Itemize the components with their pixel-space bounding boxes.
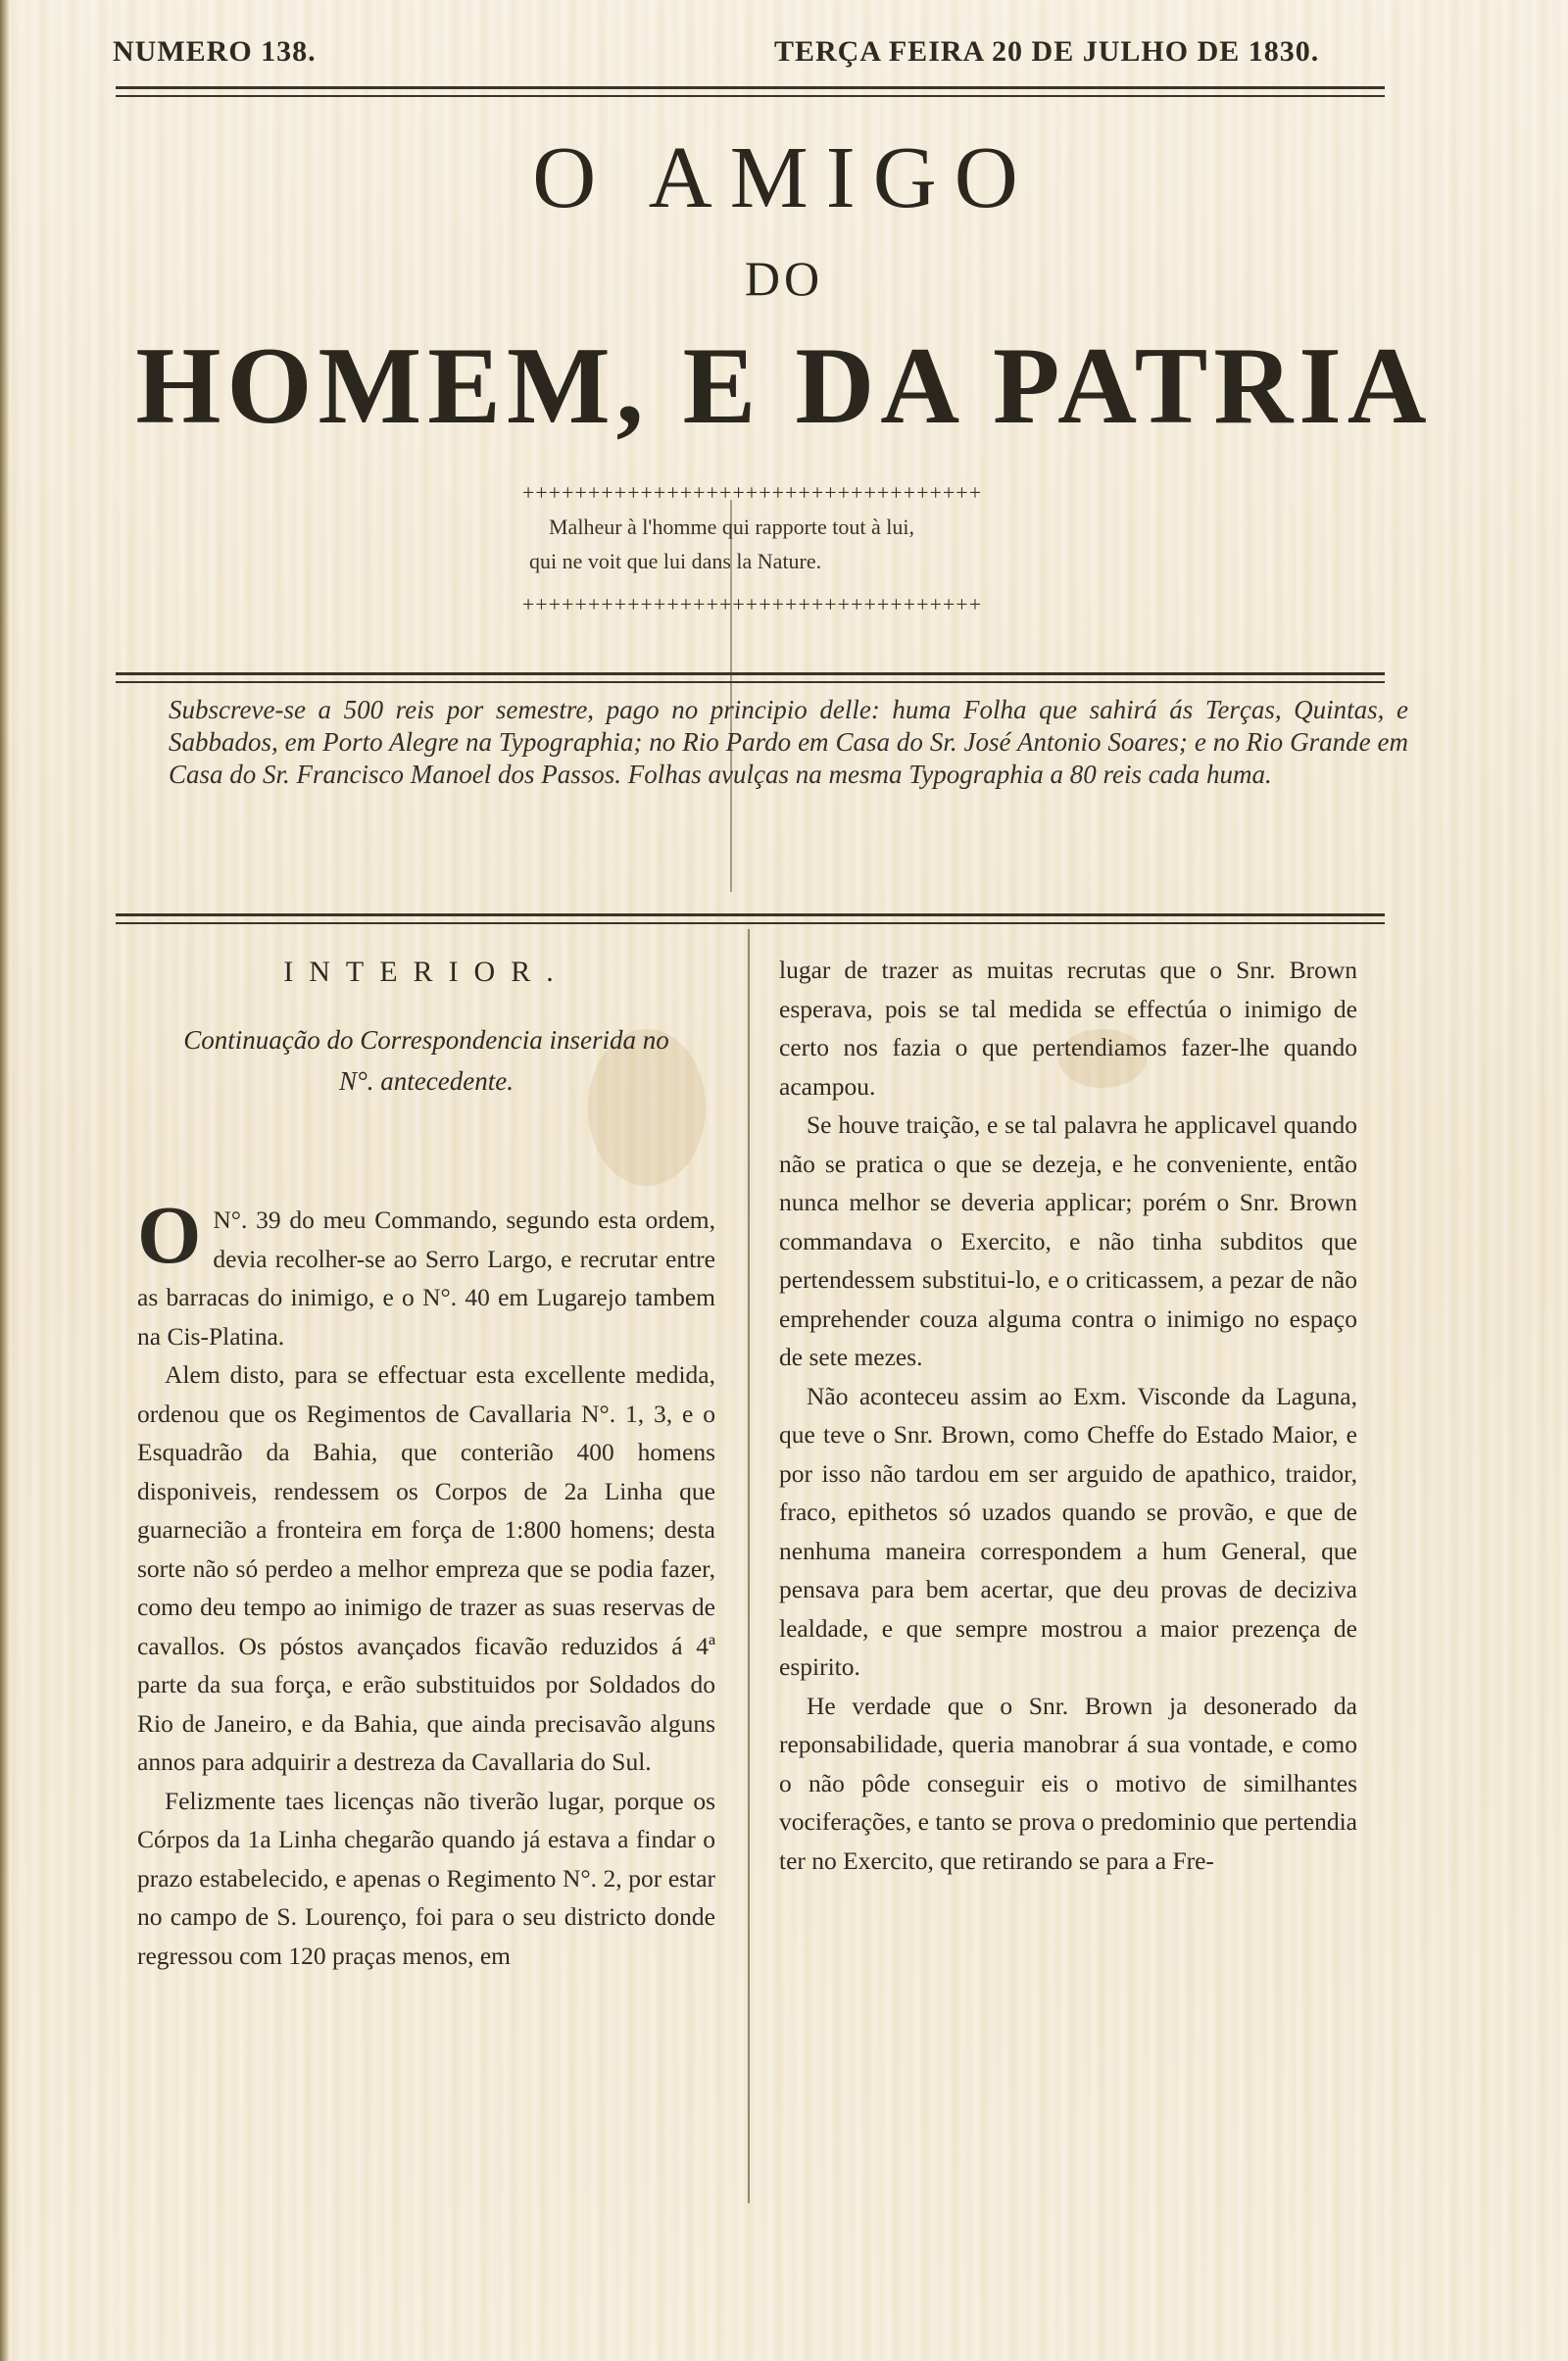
issue-date: TERÇA FEIRA 20 DE JULHO DE 1830. — [774, 35, 1319, 69]
epigraph-line-1: Malheur à l'homme qui rapporte tout à lu… — [529, 510, 1000, 544]
paragraph-text: N°. 39 do meu Commando, segundo esta ord… — [137, 1205, 715, 1351]
paragraph: Alem disto, para se effectuar esta excel… — [137, 1355, 715, 1782]
paragraph: Felizmente taes licenças não tiverão lug… — [137, 1782, 715, 1976]
subscription-notice: Subscreve-se a 500 reis por semestre, pa… — [169, 694, 1408, 791]
paragraph: lugar de trazer as muitas recrutas que o… — [779, 951, 1357, 1106]
left-column: O N°. 39 do meu Commando, segundo esta o… — [137, 1201, 715, 1975]
masthead-title: HOMEM, E DA PATRIA — [0, 323, 1568, 450]
drop-cap: O — [137, 1205, 201, 1267]
paragraph: Se houve traição, e se tal palavra he ap… — [779, 1106, 1357, 1377]
newspaper-page: NUMERO 138. TERÇA FEIRA 20 DE JULHO DE 1… — [0, 0, 1568, 2361]
right-column: lugar de trazer as muitas recrutas que o… — [779, 951, 1357, 1880]
paragraph: He verdade que o Snr. Brown ja desonerad… — [779, 1687, 1357, 1881]
column-divider — [748, 929, 750, 2203]
dateline: NUMERO 138. TERÇA FEIRA 20 DE JULHO DE 1… — [113, 35, 1387, 74]
epigraph: Malheur à l'homme qui rapporte tout à lu… — [529, 510, 1000, 578]
ornament-bottom: +++++++++++++++++++++++++++++++++++ — [505, 592, 1000, 617]
masthead-line-1: O AMIGO — [0, 127, 1568, 228]
article-subtitle: Continuação do Correspondencia inserida … — [127, 1019, 725, 1102]
article-subtitle-line-2: N°. antecedente. — [127, 1060, 725, 1102]
paragraph: Não aconteceu assim ao Exm. Visconde da … — [779, 1377, 1357, 1687]
masthead-rule — [116, 672, 1385, 686]
section-heading: INTERIOR. — [137, 956, 715, 989]
paragraph: O N°. 39 do meu Commando, segundo esta o… — [137, 1201, 715, 1355]
header-rule — [116, 86, 1385, 100]
issue-number: NUMERO 138. — [113, 35, 317, 69]
article-subtitle-line-1: Continuação do Correspondencia inserida … — [127, 1019, 725, 1060]
ornament-top: +++++++++++++++++++++++++++++++++++ — [505, 480, 1000, 506]
subscription-rule — [116, 913, 1385, 927]
masthead-line-2: DO — [0, 250, 1568, 307]
epigraph-line-2: qui ne voit que lui dans la Nature. — [529, 549, 821, 573]
